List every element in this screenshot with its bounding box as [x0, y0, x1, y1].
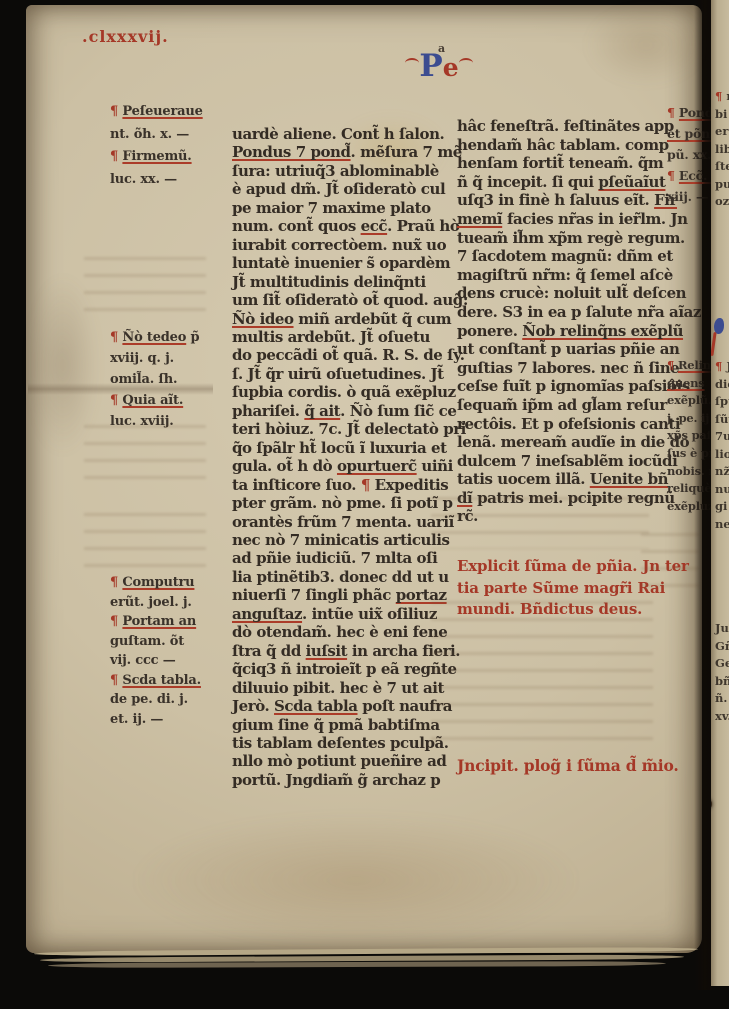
text-line: ceſse fuĩt p ignomĩas paſsiôis [457, 377, 683, 396]
text-line: ſũt [715, 411, 729, 429]
text-line: diluuio pibit. hec è 7 ut ait [232, 679, 458, 697]
incipit-rubric: Jncipit. plog̃ i ſũma d̃ m̃io. [457, 756, 679, 775]
text-line: magiſtrũ nr̃m: q̃ ſemel aſcè [457, 266, 683, 285]
text-line: bi [715, 106, 729, 124]
text-line: Jt̃ multitudinis delinq̃nti [232, 273, 458, 291]
next-page-edge: ¶ nbierlibſtepuoz ¶ Jxpdicaſpũſũt7uelio … [711, 0, 729, 986]
text-line: ſte [715, 158, 729, 176]
left-margin-note-block-3: ¶ Computruerũt. joel. j.¶ Portam anguſta… [110, 573, 201, 729]
page-stack-edges [34, 948, 698, 978]
running-title-letter-e: e [443, 53, 459, 82]
text-line: luc. xx. — [110, 169, 203, 192]
text-line: ¶ Computru [110, 573, 201, 593]
text-line: hendam̃ hâc tablam. comp [457, 136, 683, 155]
text-line: ad pñie iudiciũ. 7 mlta oſi [232, 549, 458, 567]
text-line: ſequam̃ ip̃m ad gl̃am reſur [457, 396, 683, 415]
text-line: um ſit̃ oſideratò ot̃ quod. aug̃: [232, 291, 458, 309]
stain [586, 5, 706, 85]
text-line: Germ [715, 655, 729, 673]
text-line: nt. õh. x. — [110, 124, 203, 147]
next-page-text-fragments-bottom: JuſſGñ.Germbñdñ. oxv. [715, 620, 729, 725]
text-line: guſtias 7 labores. nec ñ ſine [457, 359, 683, 378]
text-line: erũt. joel. j. [110, 593, 201, 613]
manuscript-page: .clxxxvij. Pae ¶ Peſeuerauent. õh. x. —¶… [26, 5, 702, 953]
running-title-superscript: a [438, 43, 445, 54]
text-line: iurabit correctòem. nux̃ uo [232, 236, 458, 254]
bleedthrough-smudge [84, 257, 206, 317]
stain [28, 275, 98, 455]
left-margin-note-block-2: ¶ Ñò tedeo p̃xviij. q. j.omil̃a. ſh.¶ Qu… [110, 327, 199, 432]
text-line: vij. ccc — [110, 651, 201, 671]
text-line: nz̃ [715, 463, 729, 481]
next-page-text-fragments-top: ¶ nbierlibſtepuoz [715, 88, 729, 211]
text-line: dica [715, 376, 729, 394]
text-line: lia ptinẽtib3. donec dd ut u [232, 568, 458, 586]
text-line: orantès frũm 7 menta. uariĩ [232, 513, 458, 531]
text-line: portũ. Jngdiam̃ g̃ archaz p [232, 771, 458, 789]
text-line: pe maior 7 maxime plato [232, 199, 458, 217]
bleedthrough-smudge [431, 601, 653, 747]
stain [136, 815, 576, 945]
text-line: Explicit ſũma de pñia. Jn ter [457, 556, 689, 578]
bleedthrough-smudge [84, 513, 206, 569]
text-line: ſura: utriuq̃3 ablominablè [232, 162, 458, 180]
text-line: lenã. meream̃ audĩe in die dò [457, 433, 683, 452]
text-line: gula. ot̃ h dò opurtuerc̃ uiñi [232, 457, 458, 475]
text-line: rectôis. Et p ofeſsionis canti [457, 415, 683, 434]
text-line: dò otendam̃. hec è eni fene [232, 623, 458, 641]
text-line: 7ue [715, 428, 729, 446]
text-line: multis ardebũt. Jt̃ oſuetu [232, 328, 458, 346]
text-line: ta inſticore ſuo. ¶ Expeditis [232, 476, 458, 494]
text-line: tis tablam deſentes pculpã. [232, 734, 458, 752]
text-line: tueam̃ ih̃m xp̃m regè regum. [457, 229, 683, 248]
text-line: hâc feneſtrã. feſtinãtes app [457, 117, 683, 136]
text-line: ¶ Portam an [110, 612, 201, 632]
text-line: dere. S3 in ea p ſalute nr̃a aĩaz [457, 303, 683, 322]
text-line: ut conſtant̃ p uarias pñie an [457, 340, 683, 359]
text-line: xv. [715, 708, 729, 726]
right-text-column: hâc feneſtrã. feſtinãtes apphendam̃ hâc … [457, 117, 683, 526]
text-line: Ñò ideo miñ ardebũt q̃ cum [232, 310, 458, 328]
text-line: ſ. Jt̃ q̃r uirũ oſuetudines. Jt̃ [232, 365, 458, 383]
text-line: nec nò 7 minicatis articulis [232, 531, 458, 549]
text-line: er [715, 123, 729, 141]
text-line: xviij. q. j. [110, 348, 199, 369]
text-line: nu [715, 481, 729, 499]
text-line: rc̃. [457, 507, 683, 526]
text-line: guſtam. õt [110, 632, 201, 652]
text-line: lib [715, 141, 729, 159]
text-line: tatis uocem illã. Uenite bñ [457, 470, 683, 489]
text-line: uardè aliene. Cont̃ h ſalon. [232, 125, 458, 143]
text-line: q̃ciq3 ñ introieĩt p eã regñte [232, 660, 458, 678]
text-line: gium ſine q̃ pmã babtiſma [232, 716, 458, 734]
text-line: num. cont̃ quos ecc̃. Praũ hò [232, 217, 458, 235]
text-line: Gñ. [715, 638, 729, 656]
text-line: ſpũ [715, 393, 729, 411]
text-line: ñ q̃ incepit. ſi qui pſeũaĩut [457, 173, 683, 192]
text-line: henſam fortit̃ teneam̃. q̃m [457, 154, 683, 173]
text-line: anguſtaz. intũe uix̃ oſiliuz [232, 605, 458, 623]
text-line: dulcem 7 ineſsablẽm iocũdi [457, 452, 683, 471]
text-line: mundi. Bñdictus deus. [457, 599, 689, 621]
text-line: gi [715, 498, 729, 516]
text-line: ne [715, 516, 729, 534]
running-title: Pae [404, 51, 474, 82]
folio-number: .clxxxvij. [82, 27, 169, 46]
text-line: ¶ Peſeueraue [110, 101, 203, 124]
text-line: dens crucè: noluit ult̃ deſcen [457, 284, 683, 303]
text-line: ſtra q̃ dd iuſsit in archa fieri. [232, 642, 458, 660]
text-line: pu [715, 176, 729, 194]
text-line: ¶ Ñò tedeo p̃ [110, 327, 199, 348]
page-edge [48, 961, 666, 968]
bleedthrough-smudge [84, 425, 206, 483]
left-margin-note-block-1: ¶ Peſeuerauent. õh. x. —¶ Firmemũ.luc. x… [110, 101, 203, 191]
explicit-rubric: Explicit ſũma de pñia. Jn tertia parte S… [457, 556, 689, 621]
text-line: uſq3 in finè h ſaluus eĩt. Fir [457, 191, 683, 210]
text-line: lio ſ [715, 446, 729, 464]
text-line: nllo mò potiunt pueñire ad [232, 752, 458, 770]
text-line: ſupbia cordis. ò quã exẽpluz [232, 383, 458, 401]
text-line: do peccãdi ot̃ quã. R. S. de ſy. [232, 346, 458, 364]
text-line: luc. xviij. [110, 411, 199, 432]
text-line: de pe. di. j. [110, 690, 201, 710]
text-line: ¶ n [715, 88, 729, 106]
text-line: Jerò. Scda tabla poſt naufra [232, 697, 458, 715]
text-line: ¶ Quia aĩt. [110, 390, 199, 411]
text-line: phariſei. q̃ ait. Ñò ſum ſic̃ ce [232, 402, 458, 420]
text-line: luntatè inuenier s̃ opardèm [232, 254, 458, 272]
text-line: ¶ Firmemũ. [110, 146, 203, 169]
text-line: Pondus 7 pond̃. mẽſura 7 mẽ [232, 143, 458, 161]
text-line: ¶ Scda tabla. [110, 671, 201, 691]
text-line: niuerſi 7 ſingli phãc portaz [232, 586, 458, 604]
text-line: ñ. o [715, 690, 729, 708]
pen-flourish-left-icon [405, 58, 419, 68]
text-line: dĩ patris mei. pcipite regnũ [457, 489, 683, 508]
manuscript-photo: .clxxxvij. Pae ¶ Peſeuerauent. õh. x. —¶… [0, 0, 729, 1009]
left-text-column: uardè aliene. Cont̃ h ſalon.Pondus 7 pon… [232, 125, 458, 789]
decorated-initial-flourish-icon [712, 316, 728, 358]
pen-flourish-right-icon [459, 58, 473, 68]
text-line: pter grãm. nò pme. ſi potĩ p [232, 494, 458, 512]
text-line: et. ij. — [110, 710, 201, 730]
text-line: omil̃a. ſh. [110, 369, 199, 390]
text-line: bñd [715, 673, 729, 691]
text-line: è apud dm̃. Jt̃ oſideratò cul [232, 180, 458, 198]
text-line: teri hòiuz. 7c. Jt̃ delectatò pri [232, 420, 458, 438]
text-line: Juſſ [715, 620, 729, 638]
text-line: memĩ facies nr̃as in ier̃lm. Jn [457, 210, 683, 229]
text-line: 7 ſacdotem magnũ: dñm et [457, 247, 683, 266]
text-line: oz [715, 193, 729, 211]
text-line: tia parte Sũme magr̃i Rai [457, 578, 689, 600]
next-page-text-fragments-middle: ¶ Jxpdicaſpũſũt7uelio ſnz̃nugine [715, 358, 729, 533]
text-line: ponere. Ñob relinq̃ns exẽplũ [457, 322, 683, 341]
wormhole-spot [711, 799, 712, 809]
text-line: ¶ Jxp [715, 358, 729, 376]
text-line: q̃o ſpãlr ht̃ locũ ĩ luxuria et [232, 439, 458, 457]
